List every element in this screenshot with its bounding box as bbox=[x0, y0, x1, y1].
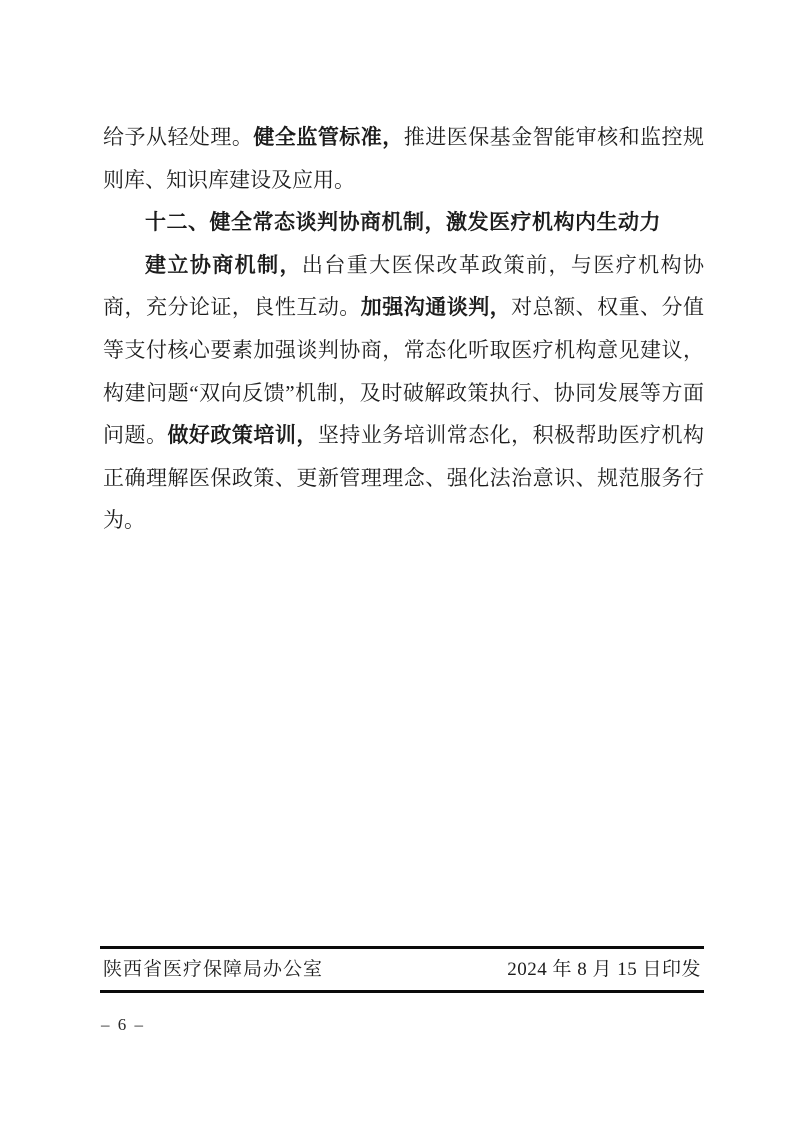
page-number: – 6 – bbox=[101, 1014, 145, 1036]
print-date: 2024 年 8 月 15 日印发 bbox=[507, 956, 701, 984]
body-text-bold: 做好政策培训， bbox=[167, 423, 317, 447]
body-text-bold: 健全监管标准， bbox=[253, 125, 403, 149]
colophon: 陕西省医疗保障局办公室 2024 年 8 月 15 日印发 bbox=[103, 956, 701, 984]
body-text-bold: 加强沟通谈判， bbox=[361, 295, 511, 319]
colophon-rule-top bbox=[100, 946, 704, 949]
body-text-bold: 建立协商机制， bbox=[145, 253, 302, 277]
body-text: 给予从轻处理。 bbox=[103, 125, 253, 149]
document-page: 给予从轻处理。健全监管标准，推进医保基金智能审核和监控规则库、知识库建设及应用。… bbox=[0, 0, 800, 1131]
section-heading: 十二、健全常态谈判协商机制，激发医疗机构内生动力 bbox=[103, 201, 704, 244]
paragraph: 建立协商机制，出台重大医保改革政策前，与医疗机构协商，充分论证，良性互动。加强沟… bbox=[103, 244, 704, 542]
colophon-rule-bottom bbox=[100, 990, 704, 993]
paragraph-continuation: 给予从轻处理。健全监管标准，推进医保基金智能审核和监控规则库、知识库建设及应用。 bbox=[103, 116, 704, 201]
issuing-office: 陕西省医疗保障局办公室 bbox=[103, 956, 323, 984]
document-body: 给予从轻处理。健全监管标准，推进医保基金智能审核和监控规则库、知识库建设及应用。… bbox=[103, 116, 704, 542]
